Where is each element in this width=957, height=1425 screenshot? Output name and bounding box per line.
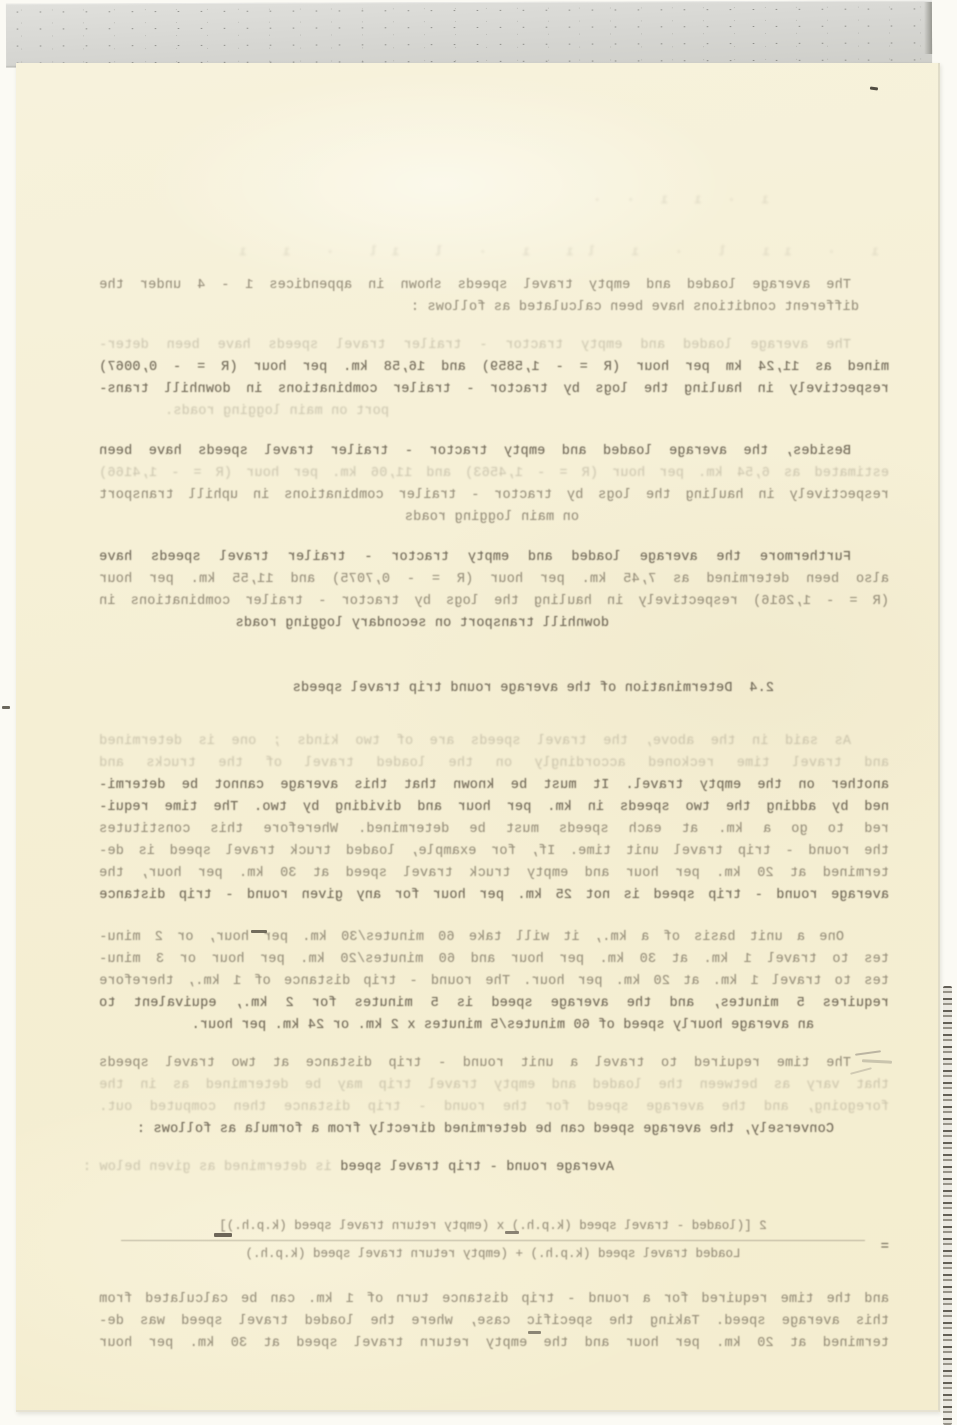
text-line: As said in the above, the travel speeds … [99, 731, 889, 753]
text-line: different conditions have been calculate… [99, 297, 889, 319]
text-line: Furthermore the average loaded and empty… [99, 547, 889, 569]
section-heading: 2.4 Determination of the average round t… [99, 678, 889, 700]
text-line: tes to travel 1 km. at 30 km. per hour a… [99, 949, 889, 971]
document-page: ı · ı ı · · ı · ıı l · ı lı ı · l ıl · ı… [16, 63, 940, 1412]
text-line: ı · ı ı · · [99, 189, 889, 211]
text-line: red to go a km. at each speeds must be d… [99, 819, 889, 841]
paragraph-explanation: As said in the above, the travel speeds … [99, 731, 889, 907]
section-title [732, 681, 749, 696]
text-line: this average speed. Taking the specific … [99, 1311, 889, 1333]
text-line: ı · ıı l · ı lı ı · l ıl · ı ı [99, 241, 889, 263]
text-line: respectively in hauling the logs by trac… [99, 485, 889, 507]
paragraph-unit-example: One a unit basis of a km., it will take … [99, 927, 889, 1037]
section-number: 2.4 [749, 681, 774, 696]
text-line: downhill transport on secondary logging … [99, 613, 889, 635]
formula-numerator: 2 [(loaded - travel speed (k.p.h.) x (em… [121, 1215, 865, 1237]
text-line: termined at 20 km. per hour and the empt… [99, 1333, 889, 1355]
scanned-document-screenshot: { "doc": { "description": "Scanned typew… [0, 0, 957, 1425]
heading-line: 2.4 Determination of the average round t… [99, 678, 889, 700]
text-line: and travel time reckoned accordingly on … [99, 753, 889, 775]
formula-denominator: Loaded travel speed (k.p.h.) + (empty re… [121, 1243, 865, 1265]
formula-label-tail: is determined as given below : [83, 1160, 340, 1175]
paragraph-downhill-main: The average loaded and empty tractor - t… [99, 335, 889, 423]
paragraph-downhill-secondary: Furthermore the average loaded and empty… [99, 547, 889, 635]
paragraph-uphill-main: Besides, the average loaded and empty tr… [99, 441, 889, 529]
dark-dash [251, 930, 267, 933]
text-line: Besides, the average loaded and empty tr… [99, 441, 889, 463]
text-line: average round - trip speed is not 25 km.… [99, 885, 889, 907]
text-line: requires 5 minutes, and the average spee… [99, 993, 889, 1015]
binding-edge [943, 986, 952, 1425]
fraction-bar [121, 1240, 865, 1241]
formula-label-text: Average round - trip travel speed [340, 1160, 889, 1175]
text-line: mined as 11,24 km per hour (R = - 1,5859… [99, 357, 889, 379]
margin-tick [2, 706, 10, 709]
text-line: port on main logging roads. [99, 401, 889, 423]
heading-text: Determination of the average round trip … [293, 681, 733, 696]
text-line: Average round - trip travel speed is det… [99, 1157, 889, 1179]
text-line: that vary as between the loaded and empt… [99, 1075, 889, 1097]
fraction-bar-dash [505, 1231, 519, 1234]
text-line: (R = - 1,2616) respectively in hauling t… [99, 591, 889, 613]
text-line: on main logging roads [99, 507, 889, 529]
text-line: respectively in hauling the logs by trac… [99, 379, 889, 401]
text-line: foregoing, and the average speed for the… [99, 1097, 889, 1119]
text-line: ned by adding the two speeds in km. per … [99, 797, 889, 819]
text-line: The time required to travel a unit round… [99, 1053, 889, 1075]
paragraph-intro: The average loaded and empty travel spee… [99, 275, 889, 319]
scanner-band [6, 0, 932, 67]
fraction-bar-dash [214, 1233, 232, 1237]
fraction: 2 [(loaded - travel speed (k.p.h.) x (em… [121, 1215, 865, 1265]
text-line: also been determined as 7,45 km. per hou… [99, 569, 889, 591]
text-line: The average loaded and empty tractor - t… [99, 335, 889, 357]
text-line: and the time required for a round - trip… [99, 1289, 889, 1311]
header-ghost-line: ı · ıı l · ı lı ı · l ıl · ı ı [99, 241, 889, 263]
text-line: an average hourly speed of 60 minutes/5 … [99, 1015, 889, 1037]
text-line: Conversely, the average speed can be det… [99, 1119, 889, 1141]
text-line: the round - trip travel unit time. If, f… [99, 841, 889, 863]
text-line: another on the empty travel. It must be … [99, 775, 889, 797]
header-ghost-line: ı · ı ı · · [99, 189, 889, 211]
formula-label: Average round - trip travel speed is det… [99, 1157, 889, 1179]
text-line: termined at 20 km. per hour and empty tr… [99, 863, 889, 885]
paragraph-roundtrip-time: The time required to travel a unit round… [99, 1053, 889, 1141]
text-line: tes to travel 1 km. at 20 km. per hour. … [99, 971, 889, 993]
equals-sign: = [881, 1239, 889, 1255]
text-line: The average loaded and empty travel spee… [99, 275, 889, 297]
scanner-band-edge [924, 2, 932, 54]
text-line: One a unit basis of a km., it will take … [99, 927, 889, 949]
dark-dash [528, 1331, 541, 1334]
paragraph-closing: and the time required for a round - trip… [99, 1289, 889, 1355]
text-line: estimated as 6,54 km. per hour (R = - 1,… [99, 463, 889, 485]
mirrored-text-layer: ı · ı ı · · ı · ıı l · ı lı ı · l ıl · ı… [16, 63, 938, 1410]
